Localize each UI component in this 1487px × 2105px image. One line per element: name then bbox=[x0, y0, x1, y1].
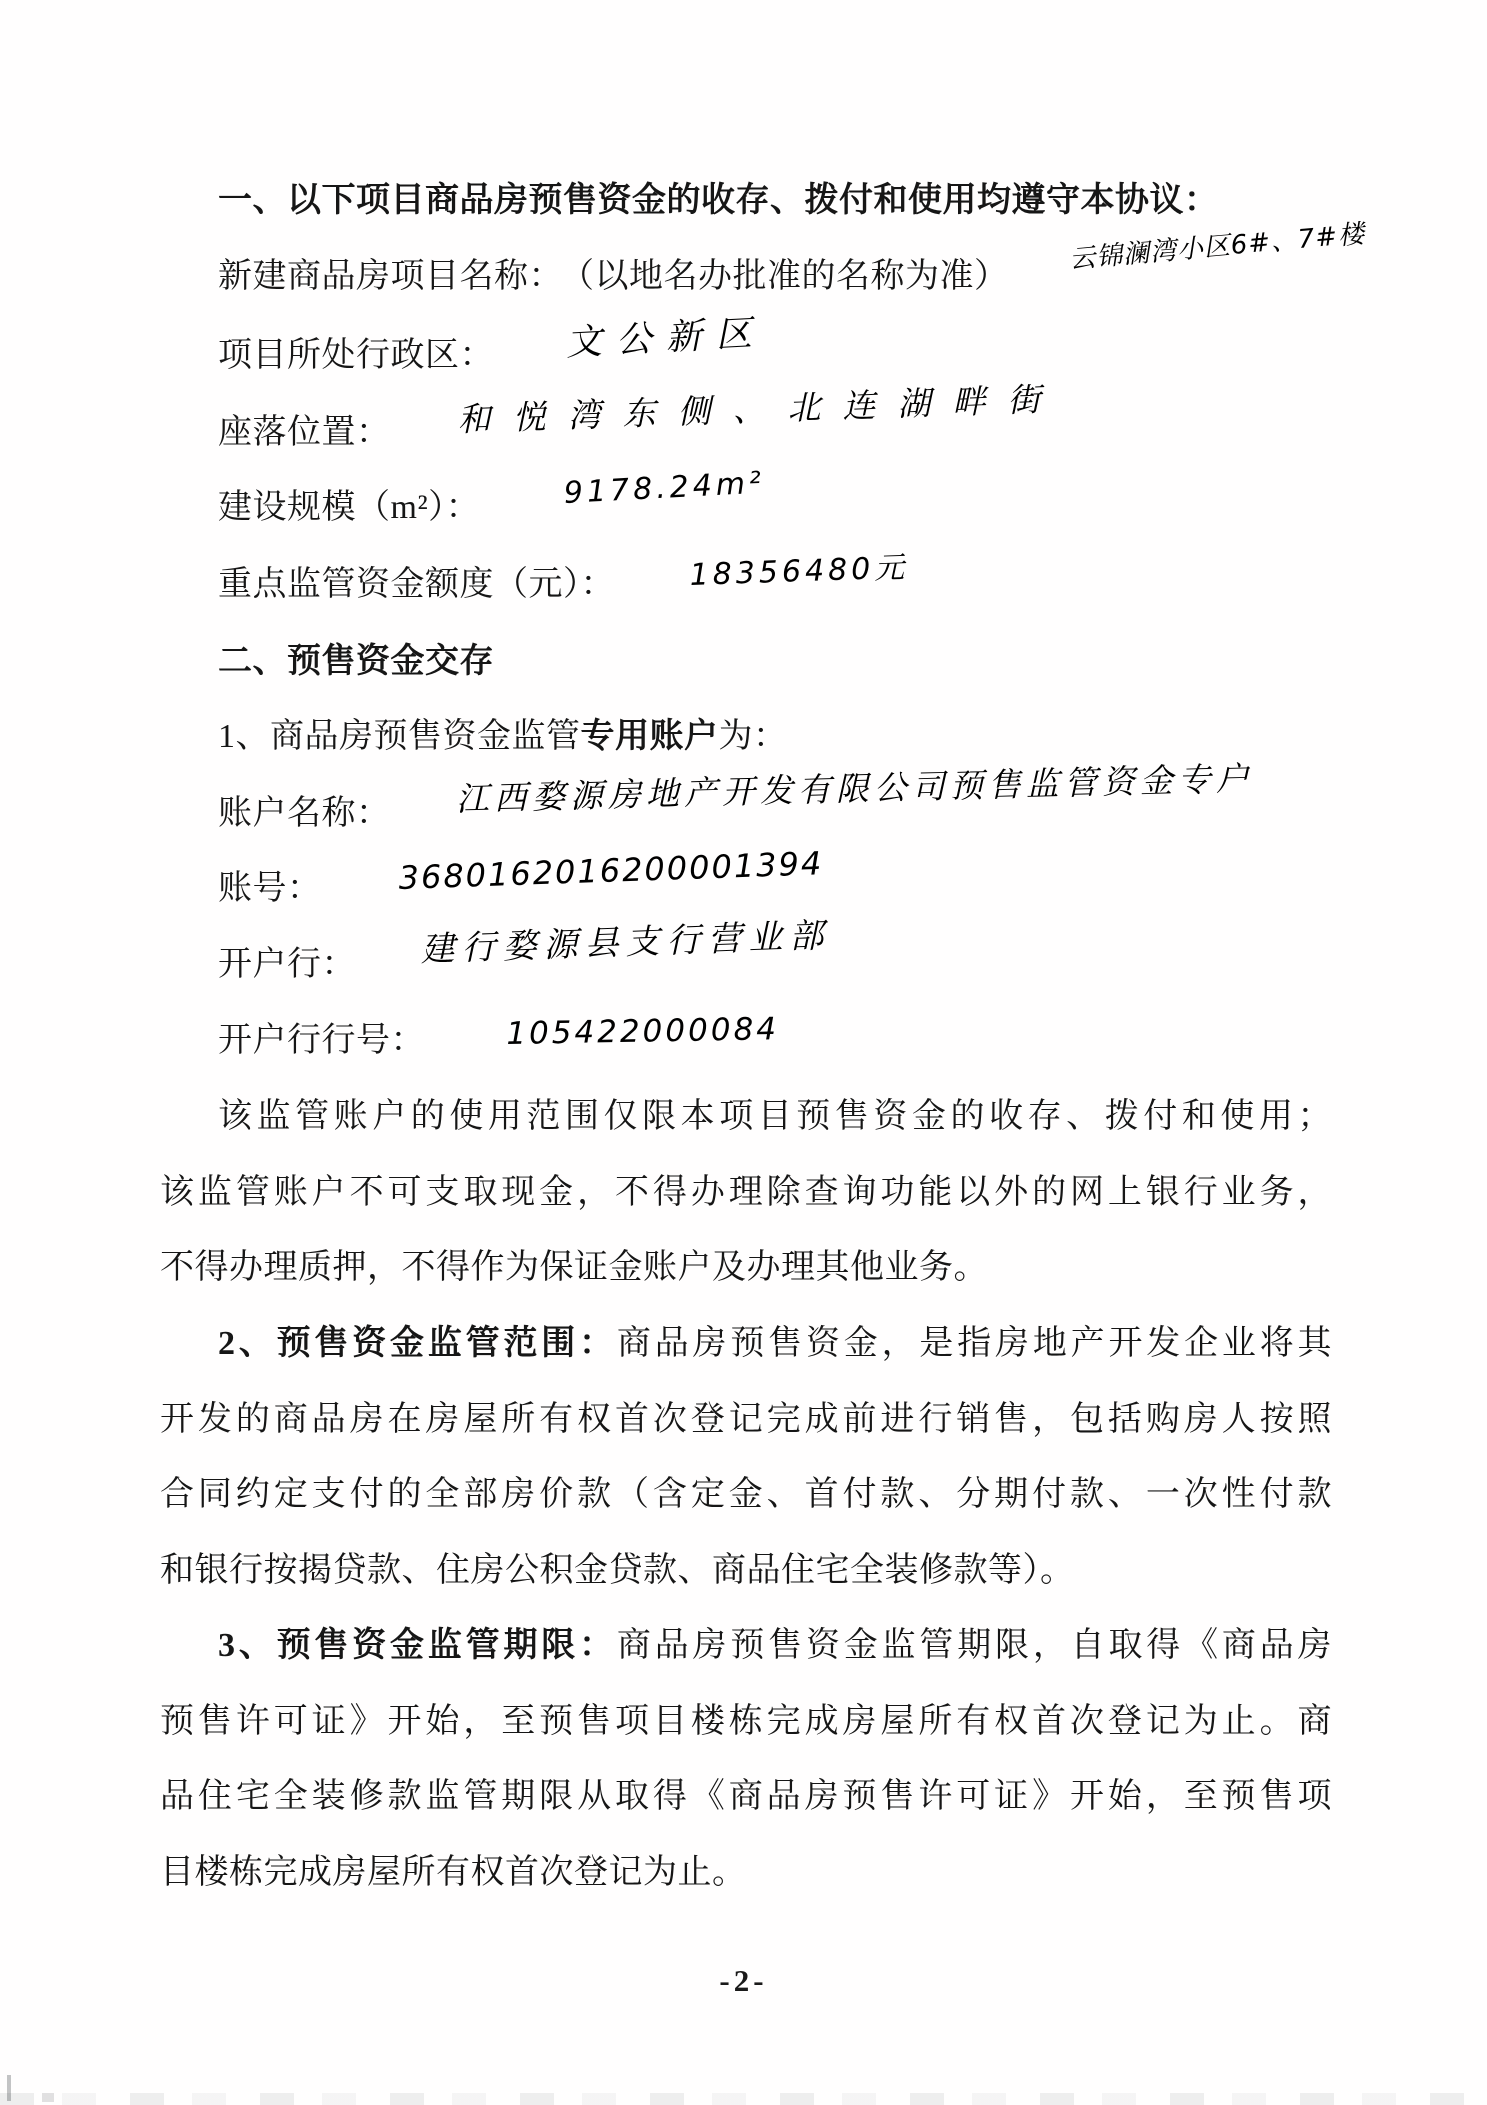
scanned-document-page: 一、以下项目商品房预售资金的收存、拨付和使用均遵守本协议： 新建商品房项目名称：… bbox=[0, 0, 1487, 2105]
page-number: -2- bbox=[0, 1963, 1487, 1999]
amount-label: 重点监管资金额度（元）： bbox=[218, 566, 615, 603]
bank-handwritten-value: 建行婺源县支行营业部 bbox=[361, 899, 831, 991]
item2-line1: 2、预售资金监管范围：商品房预售资金，是指房地产开发企业将其 bbox=[160, 1306, 1332, 1382]
bank-row: 开户行：建行婺源县支行营业部 bbox=[160, 927, 1332, 1003]
district-label: 项目所处行政区： bbox=[218, 337, 494, 374]
amount-handwritten-value: 18356480元 bbox=[630, 530, 909, 615]
bank-code-label: 开户行行号： bbox=[218, 1022, 425, 1059]
item3-line3: 品住宅全装修款监管期限从取得《商品房预售许可证》开始，至预售项 bbox=[160, 1759, 1332, 1835]
item3-line1: 3、预售资金监管期限：商品房预售资金监管期限，自取得《商品房 bbox=[160, 1608, 1332, 1684]
document-body: 一、以下项目商品房预售资金的收存、拨付和使用均遵守本协议： 新建商品房项目名称：… bbox=[160, 163, 1332, 1911]
para-account-usage-line1: 该监管账户的使用范围仅限本项目预售资金的收存、拨付和使用； bbox=[160, 1079, 1332, 1155]
item2-label: 2、预售资金监管范围： bbox=[218, 1325, 617, 1362]
section2-heading: 二、预售资金交存 bbox=[160, 624, 1332, 700]
project-name-label: 新建商品房项目名称： bbox=[218, 258, 563, 295]
item2-line2: 开发的商品房在房屋所有权首次登记完成前进行销售，包括购房人按照 bbox=[160, 1382, 1332, 1458]
amount-row: 重点监管资金额度（元）：18356480元 bbox=[160, 547, 1332, 624]
bank-label: 开户行： bbox=[218, 946, 356, 983]
scan-artifact-corner-mark2 bbox=[42, 2093, 54, 2102]
item3-line2: 预售许可证》开始，至预售项目楼栋完成房屋所有权首次登记为止。商 bbox=[160, 1684, 1332, 1760]
account-name-label: 账户名称： bbox=[218, 795, 391, 832]
scale-handwritten-value: 9178.24m² bbox=[504, 446, 767, 535]
item1-post: 为： bbox=[719, 718, 788, 755]
para-account-usage-line3: 不得办理质押，不得作为保证金账户及办理其他业务。 bbox=[160, 1230, 1332, 1306]
item2-line1-rest: 商品房预售资金，是指房地产开发企业将其 bbox=[617, 1325, 1332, 1362]
account-number-label: 账号： bbox=[218, 870, 322, 907]
bank-code-row: 开户行行号：105422000084 bbox=[160, 1003, 1332, 1080]
scan-artifact-bottom-strip bbox=[0, 2093, 1487, 2105]
scale-label: 建设规模（m²）： bbox=[218, 489, 480, 526]
district-handwritten-value: 文公新区 bbox=[506, 296, 768, 385]
item1-emphasis: 专用账户 bbox=[581, 718, 719, 755]
item1-pre: 1、商品房预售资金监管 bbox=[218, 718, 581, 755]
item2-line3: 合同约定支付的全部房价款（含定金、首付款、分期付款、一次性付款 bbox=[160, 1457, 1332, 1533]
item3-line4: 目楼栋完成房屋所有权首次登记为止。 bbox=[160, 1835, 1332, 1911]
location-label: 座落位置： bbox=[218, 414, 391, 451]
scan-artifact-corner-mark bbox=[7, 2075, 11, 2101]
item3-label: 3、预售资金监管期限： bbox=[218, 1627, 617, 1664]
project-name-note: （以地名办批准的名称为准） bbox=[577, 258, 1009, 295]
item2-line4: 和银行按揭贷款、住房公积金贷款、商品住宅全装修款等）。 bbox=[160, 1533, 1332, 1609]
bank-code-handwritten-value: 105422000084 bbox=[448, 992, 780, 1073]
item3-line1-rest: 商品房预售资金监管期限，自取得《商品房 bbox=[617, 1627, 1332, 1664]
para-account-usage-line2: 该监管账户不可支取现金，不得办理除查询功能以外的网上银行业务， bbox=[160, 1155, 1332, 1231]
